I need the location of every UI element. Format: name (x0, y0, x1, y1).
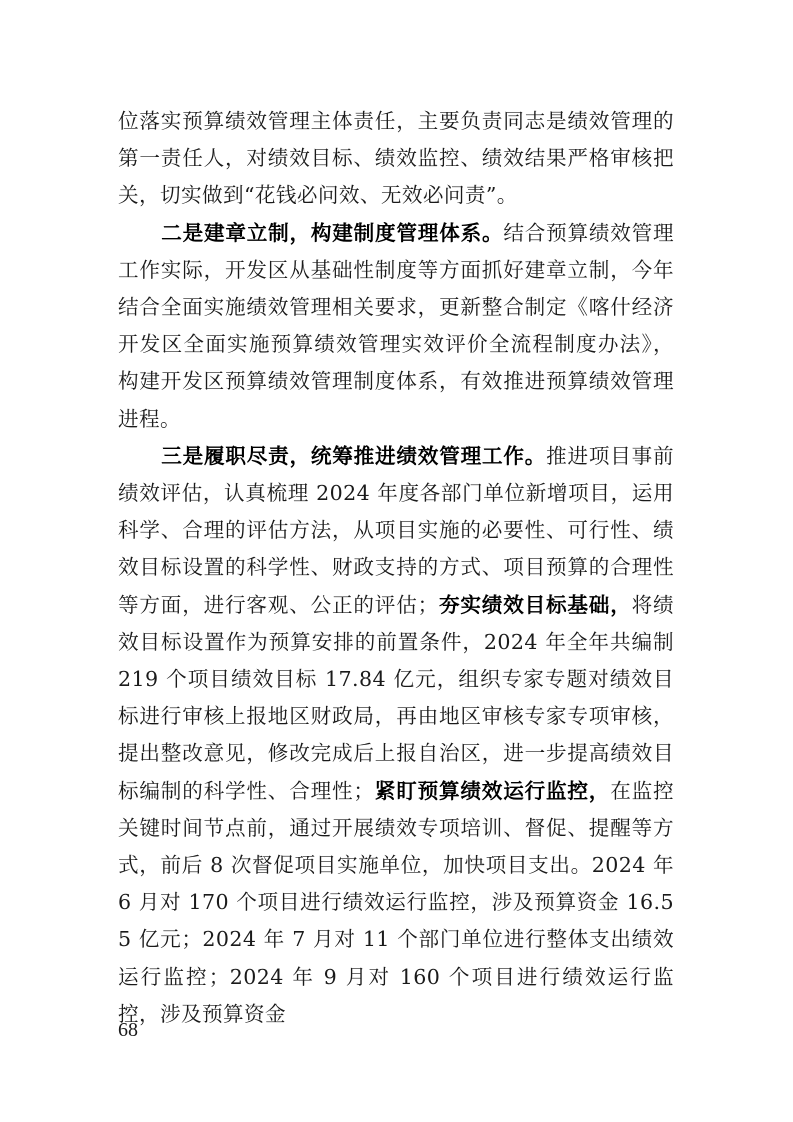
paragraph-text: 推进项目事前绩效评估，认真梳理 2024 年度各部门单位新增项目，运用科学、合理… (118, 444, 674, 617)
inline-heading-performance-targets: 夯实绩效目标基础， (439, 593, 632, 617)
document-body: 位落实预算绩效管理主体责任，主要负责同志是绩效管理的第一责任人，对绩效目标、绩效… (118, 103, 674, 1033)
page-number: 68 (118, 1019, 138, 1042)
paragraph-responsibility: 位落实预算绩效管理主体责任，主要负责同志是绩效管理的第一责任人，对绩效目标、绩效… (118, 103, 674, 215)
paragraph-text: 位落实预算绩效管理主体责任，主要负责同志是绩效管理的第一责任人，对绩效目标、绩效… (118, 109, 674, 207)
inline-heading-monitoring: 紧盯预算绩效运行监控， (374, 779, 610, 803)
paragraph-text: 结合预算绩效管理工作实际，开发区从基础性制度等方面抓好建章立制，今年结合全面实施… (118, 221, 674, 431)
paragraph-text: 在监控关键时间节点前，通过开展绩效专项培训、督促、提醒等方式，前后 8 次督促项… (118, 779, 674, 1026)
paragraph-text: 将绩效目标设置作为预算安排的前置条件，2024 年全年共编制 219 个项目绩效… (118, 593, 674, 803)
paragraph-heading: 二是建章立制，构建制度管理体系。 (161, 221, 503, 245)
paragraph-heading: 三是履职尽责，统筹推进绩效管理工作。 (161, 444, 546, 468)
paragraph-institution-building: 二是建章立制，构建制度管理体系。结合预算绩效管理工作实际，开发区从基础性制度等方… (118, 215, 674, 438)
paragraph-performance-management: 三是履职尽责，统筹推进绩效管理工作。推进项目事前绩效评估，认真梳理 2024 年… (118, 438, 674, 1033)
